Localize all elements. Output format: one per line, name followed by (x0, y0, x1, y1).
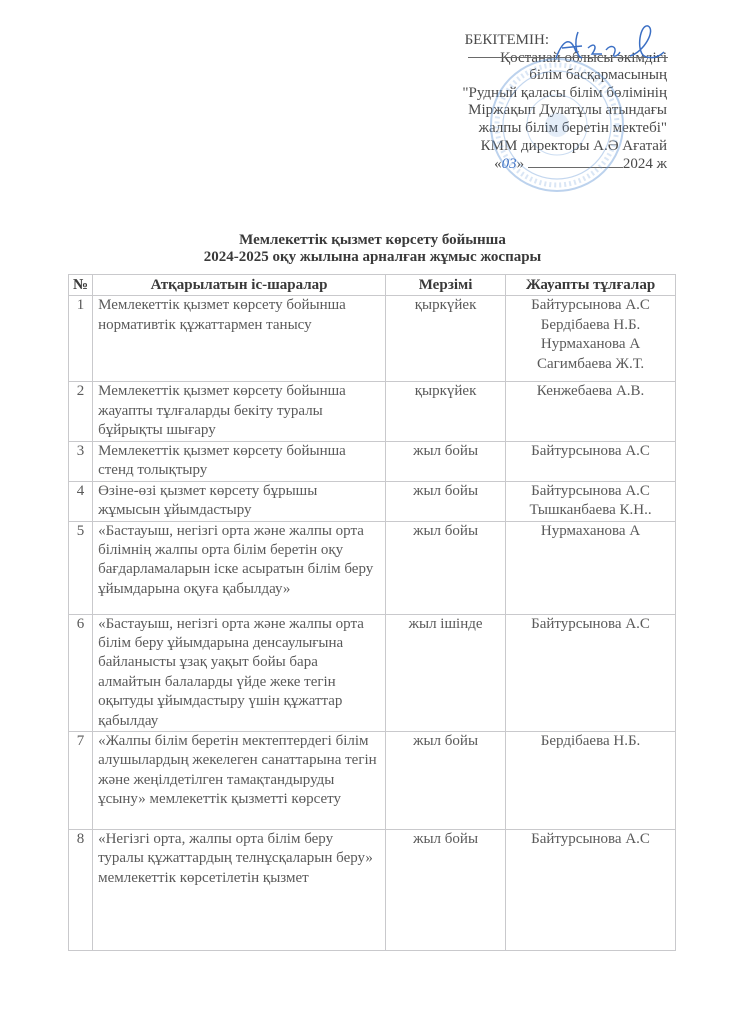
row-responsible: Кенжебаева А.В. (506, 382, 676, 441)
row-responsible: Байтурсынова А.С (506, 614, 676, 731)
row-responsible: Байтурсынова А.СБердібаева Н.Б.Нурмахано… (506, 296, 676, 382)
header-number: № (69, 275, 93, 296)
row-responsible: Бердібаева Н.Б. (506, 732, 676, 830)
date-month-blank (528, 155, 623, 168)
row-activity: «Негізгі орта, жалпы орта білім беру тур… (93, 830, 386, 951)
row-term: жыл бойы (386, 732, 506, 830)
row-activity: «Жалпы білім беретін мектептердегі білім… (93, 732, 386, 830)
row-number: 2 (69, 382, 93, 441)
table-row: 8«Негізгі орта, жалпы орта білім беру ту… (69, 830, 676, 951)
approve-label: БЕКІТЕМІН: (465, 32, 549, 50)
signature-icon (548, 22, 668, 68)
table-row: 7«Жалпы білім беретін мектептердегі білі… (69, 732, 676, 830)
responsible-person: Бердібаева Н.Б. (510, 732, 671, 751)
row-term: жыл ішінде (386, 614, 506, 731)
title-line-1: Мемлекеттік қызмет көрсету бойынша (0, 232, 745, 249)
approval-line: жалпы білім беретін мектебі" (367, 120, 667, 138)
table-row: 4Өзіне-өзі қызмет көрсету бұрышы жұмысын… (69, 481, 676, 521)
table-row: 1Мемлекеттік қызмет көрсету бойынша норм… (69, 296, 676, 382)
row-responsible: Нурмаханова А (506, 521, 676, 614)
row-term: жыл бойы (386, 830, 506, 951)
table-header-row: № Атқарылатын іс-шаралар Мерзімі Жауапты… (69, 275, 676, 296)
table-row: 3Мемлекеттік қызмет көрсету бойынша стен… (69, 441, 676, 481)
date-year: 2024 ж (623, 156, 667, 172)
row-number: 4 (69, 481, 93, 521)
responsible-person: Байтурсынова А.С (510, 615, 671, 634)
row-activity: Мемлекеттік қызмет көрсету бойынша стенд… (93, 441, 386, 481)
page-title: Мемлекеттік қызмет көрсету бойынша 2024-… (0, 232, 745, 266)
row-number: 6 (69, 614, 93, 731)
responsible-person: Нурмаханова А (510, 335, 671, 354)
row-activity: «Бастауыш, негізгі орта және жалпы орта … (93, 614, 386, 731)
table-row: 6«Бастауыш, негізгі орта және жалпы орта… (69, 614, 676, 731)
row-number: 5 (69, 521, 93, 614)
approval-date: «03» 2024 ж (367, 155, 667, 174)
table-row: 2Мемлекеттік қызмет көрсету бойынша жауа… (69, 382, 676, 441)
row-number: 1 (69, 296, 93, 382)
work-plan-table: № Атқарылатын іс-шаралар Мерзімі Жауапты… (68, 274, 676, 951)
responsible-person: Байтурсынова А.С (510, 296, 671, 315)
responsible-person: Байтурсынова А.С (510, 482, 671, 501)
header-term: Мерзімі (386, 275, 506, 296)
row-term: жыл бойы (386, 441, 506, 481)
approval-line: КММ директоры А.Ә Ағатай (367, 138, 667, 156)
row-term: қыркүйек (386, 382, 506, 441)
row-responsible: Байтурсынова А.С (506, 830, 676, 951)
row-number: 3 (69, 441, 93, 481)
date-day: 03 (502, 156, 517, 172)
approval-line: білім басқармасының (367, 67, 667, 85)
row-responsible: Байтурсынова А.С (506, 441, 676, 481)
row-term: жыл бойы (386, 481, 506, 521)
responsible-person: Сагимбаева Ж.Т. (510, 355, 671, 374)
row-number: 8 (69, 830, 93, 951)
row-term: қыркүйек (386, 296, 506, 382)
responsible-person: Байтурсынова А.С (510, 442, 671, 461)
responsible-person: Кенжебаева А.В. (510, 382, 671, 401)
row-activity: Мемлекеттік қызмет көрсету бойынша жауап… (93, 382, 386, 441)
header-responsible: Жауапты тұлғалар (506, 275, 676, 296)
row-activity: «Бастауыш, негізгі орта және жалпы орта … (93, 521, 386, 614)
row-term: жыл бойы (386, 521, 506, 614)
row-responsible: Байтурсынова А.СТышканбаева К.Н.. (506, 481, 676, 521)
table-row: 5«Бастауыш, негізгі орта және жалпы орта… (69, 521, 676, 614)
responsible-person: Байтурсынова А.С (510, 830, 671, 849)
responsible-person: Тышканбаева К.Н.. (510, 501, 671, 520)
row-activity: Мемлекеттік қызмет көрсету бойынша норма… (93, 296, 386, 382)
approval-line: "Рудный қаласы білім бөлімінің (367, 85, 667, 103)
responsible-person: Нурмаханова А (510, 522, 671, 541)
row-activity: Өзіне-өзі қызмет көрсету бұрышы жұмысын … (93, 481, 386, 521)
header-activity: Атқарылатын іс-шаралар (93, 275, 386, 296)
title-line-2: 2024-2025 оқу жылына арналған жұмыс жосп… (0, 249, 745, 266)
responsible-person: Бердібаева Н.Б. (510, 316, 671, 335)
approval-line: Міржақып Дулатұлы атындағы (367, 102, 667, 120)
row-number: 7 (69, 732, 93, 830)
